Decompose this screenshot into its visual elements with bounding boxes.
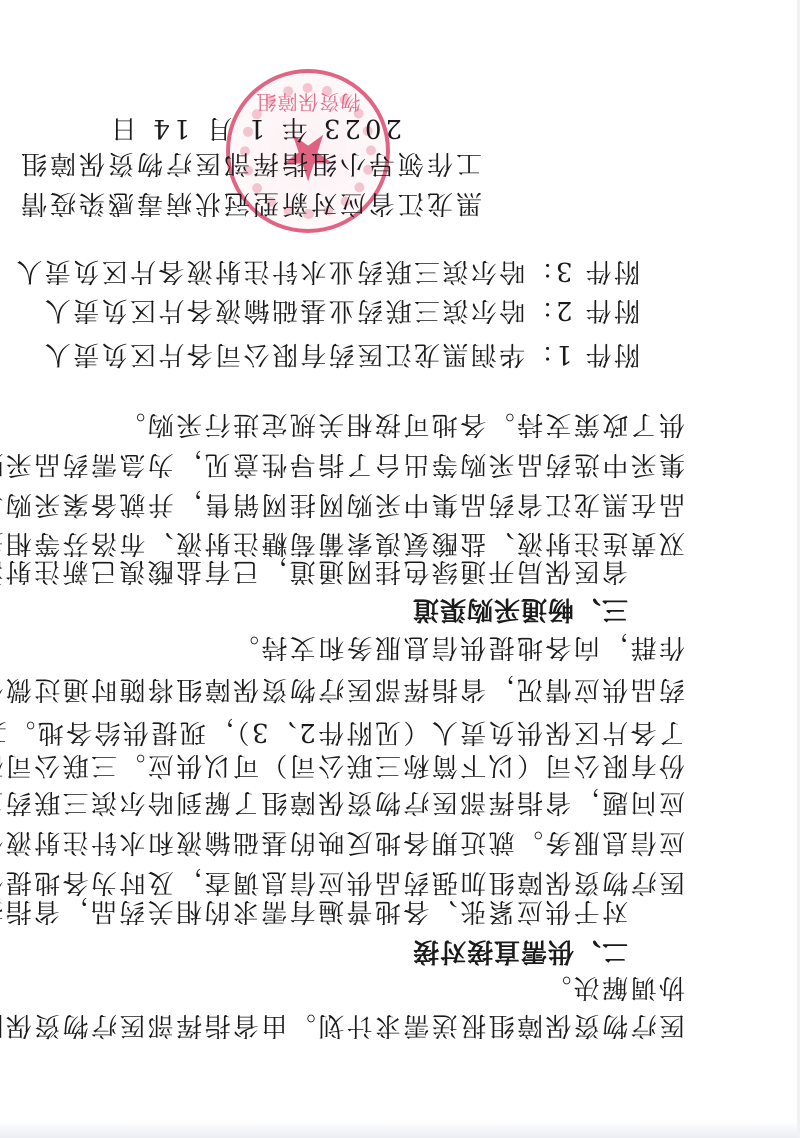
body-line: 省医保局开通绿色挂网通道，已有盐酸溴己新注射液、 (0, 556, 628, 586)
scan-bleed-through (0, 1122, 800, 1138)
body-line: 集采中选药品采购等出台了指导性意见，为急需药品采购提 (0, 449, 685, 479)
signature-date: 2023 年 1 月 14 日 (107, 113, 402, 143)
body-line: 品在黑龙江省药品集中采购网挂网销售，并就备案采购、非 (0, 489, 685, 519)
body-line: 医疗物资保障组加强药品供应信息调查，及时为各地提供供 (0, 867, 685, 897)
section-heading-2: 二、供需直接对接 (412, 936, 628, 966)
body-line: 应问题，省指挥部医疗物资保障组了解到哈尔滨三联药业股 (0, 787, 685, 817)
body-line: 份有限公司（以下简称三联公司）可以供应。三联公司确定 (0, 750, 685, 780)
body-line: 协调解决。 (543, 972, 685, 1002)
body-line: 供了政策支持。各地可按相关规定进行采购。 (117, 409, 685, 439)
body-line: 医疗物资保障组报送需求计划。由省指挥部医疗物资保障组 (0, 1010, 685, 1040)
signature-org-line-2: 工作领导小组指挥部医疗物资保障组 (18, 148, 482, 178)
body-line: 作群，向各地提供信息服务和支持。 (231, 632, 685, 662)
body-line: 应信息服务。就近期各地反映的基础输液和水针注射液供 (0, 827, 685, 857)
attachment-2: 附件 2：哈尔滨三联药业基础输液各片区负责人 (42, 295, 640, 325)
attachment-3: 附件 3：哈尔滨三联药业水针注射液各片区负责人 (14, 256, 640, 286)
body-line: 药品供应情况，省指挥部医疗物资保障组将随时通过微信工 (0, 674, 685, 704)
signature-org-line-1: 黑龙江省应对新型冠状病毒感染疫情 (18, 188, 482, 218)
section-heading-3: 三、畅通采购渠道 (412, 594, 628, 624)
document-page: 医疗物资保障组报送需求计划。由省指挥部医疗物资保障组 协调解决。 二、供需直接对… (0, 0, 800, 1138)
body-line: 了各片区保供负责人（见附件2、3），现提供给各地。其他 (0, 717, 685, 747)
body-line: 双黄连注射液、盐酸氨溴索葡萄糖注射液、布洛芬等相关药 (0, 528, 685, 558)
attachment-1: 附件 1：华润黑龙江医药有限公司各片区负责人 (42, 339, 640, 369)
body-line: 对于供应紧张、各地普遍有需求的相关药品，省指挥部 (0, 896, 628, 926)
